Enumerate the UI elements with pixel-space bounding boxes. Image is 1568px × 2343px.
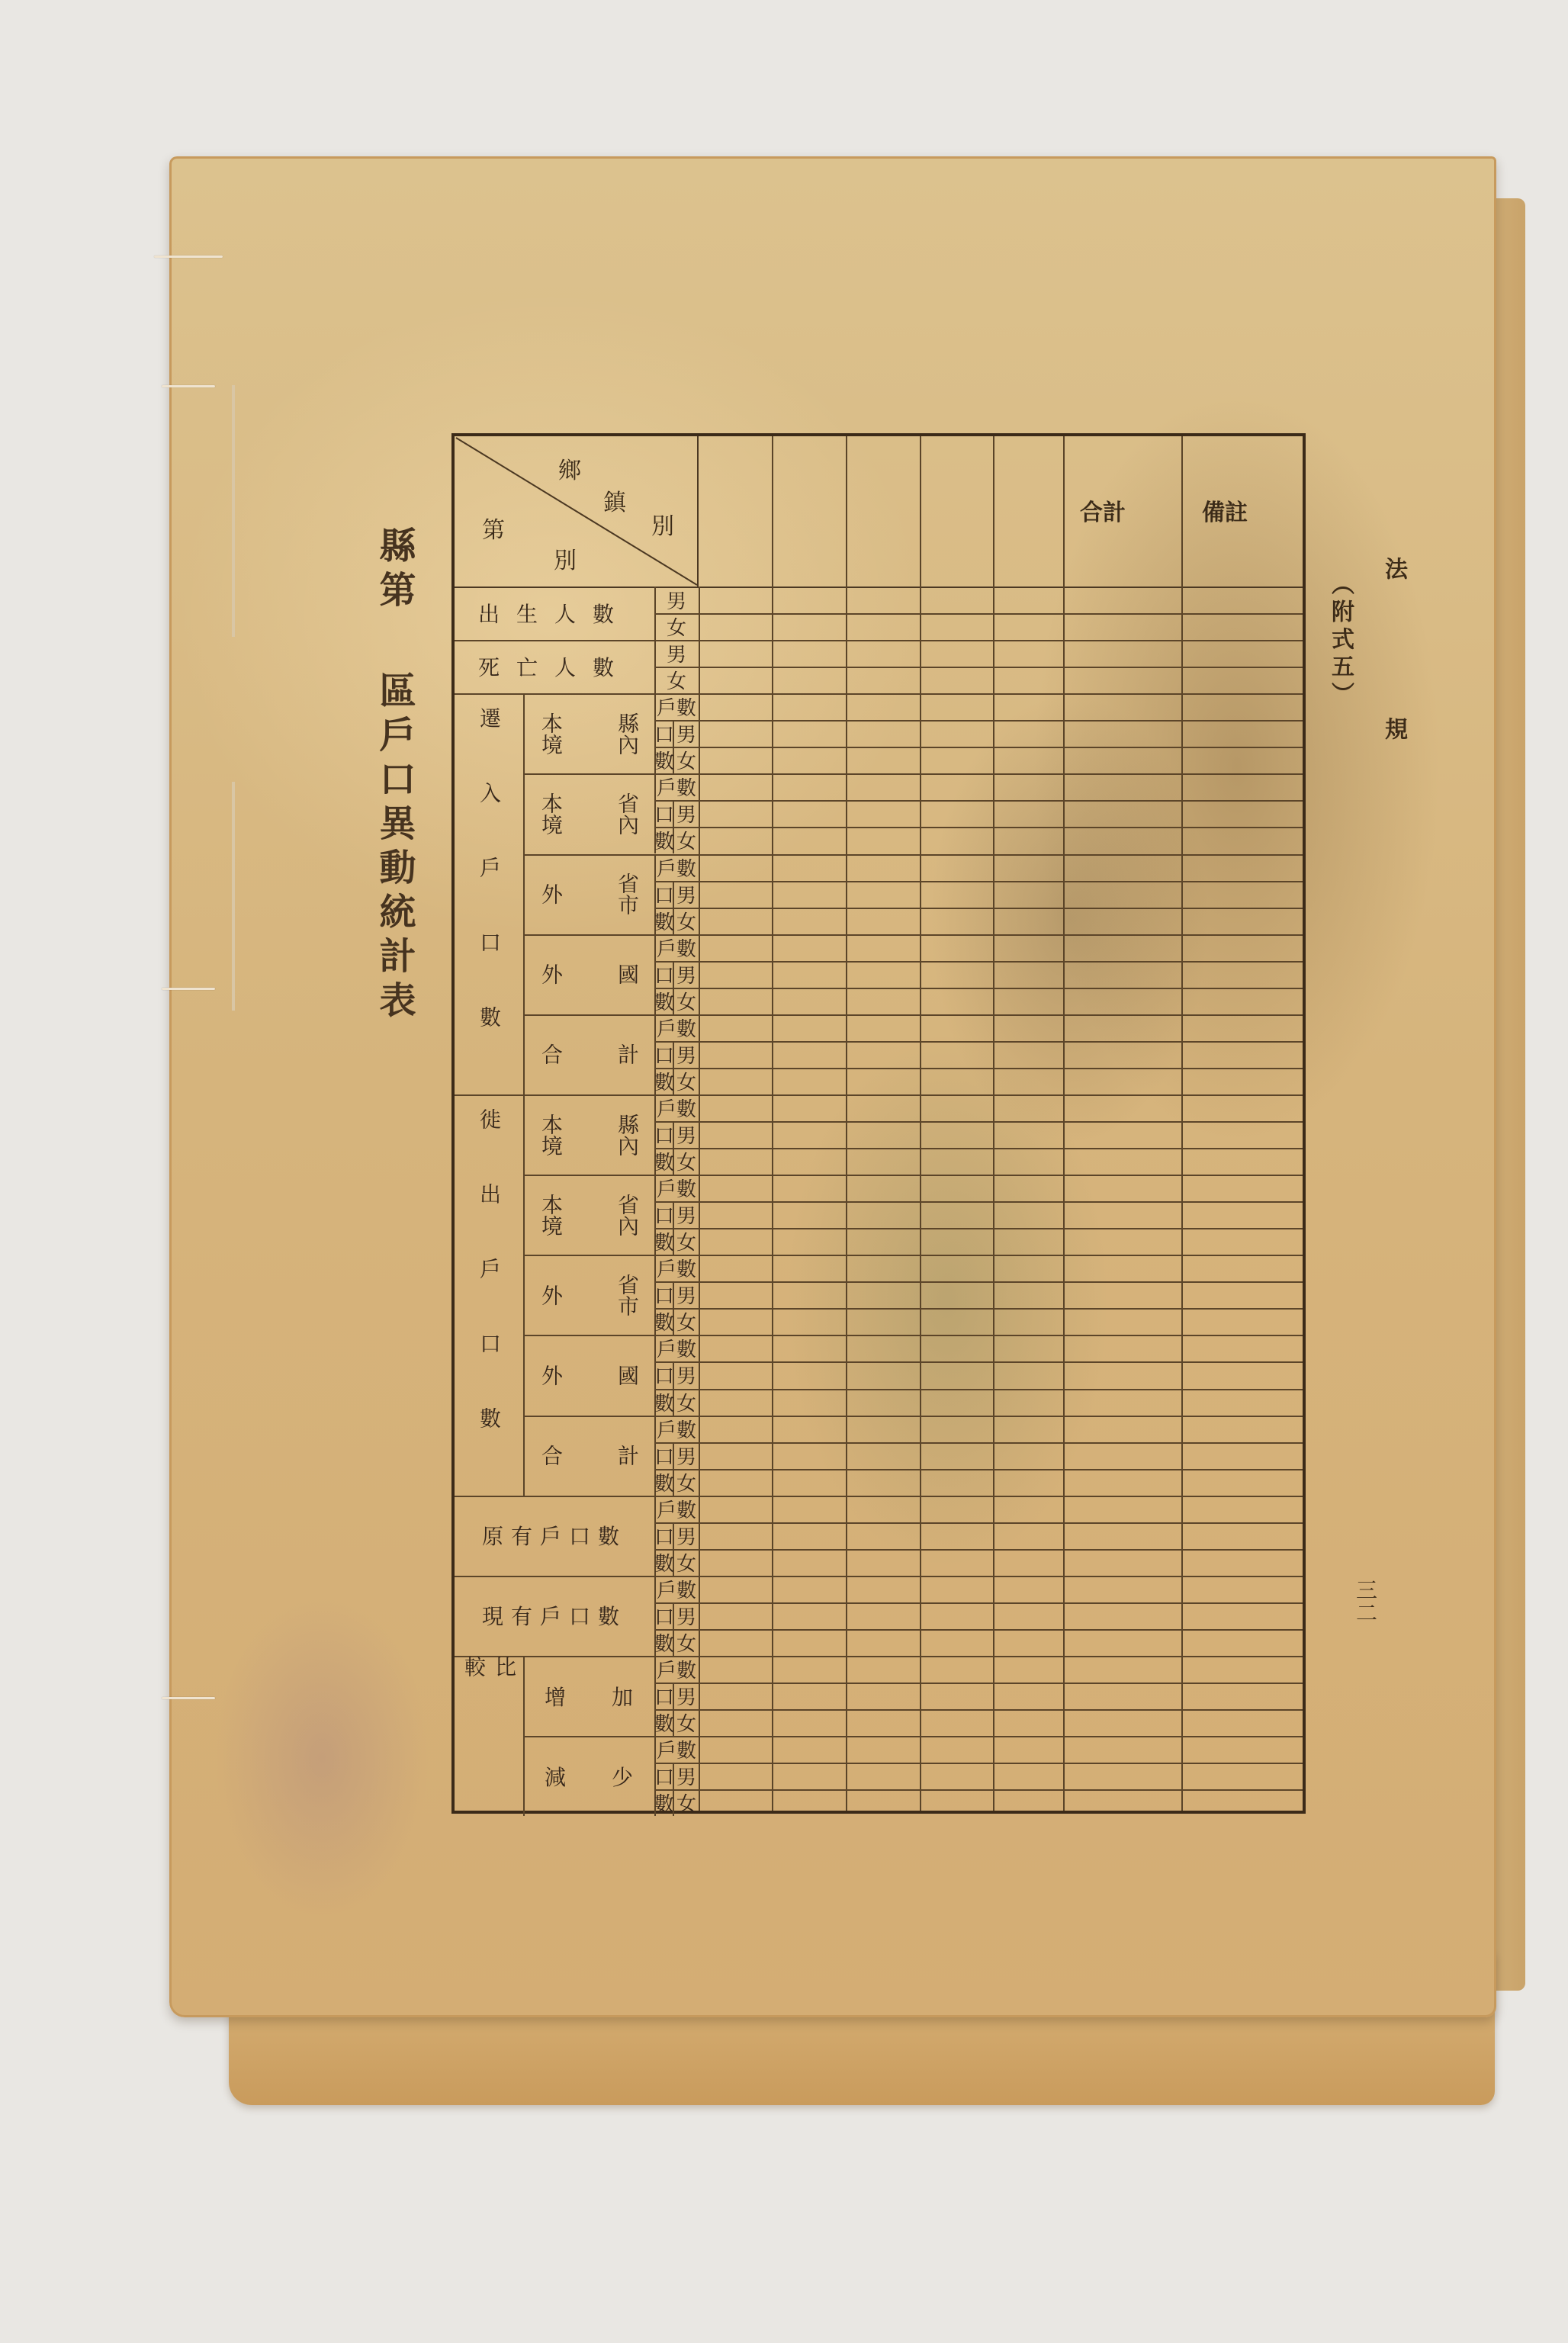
population-label: 數: [654, 1709, 674, 1736]
data-row-divider: [699, 934, 1303, 936]
population-label: 數: [654, 908, 674, 934]
group-label-b: 省市: [612, 1274, 642, 1316]
data-row-divider: [699, 1335, 1303, 1336]
male-label: 男: [674, 720, 699, 747]
data-row-divider: [699, 613, 1303, 615]
male-label: 男: [674, 1361, 699, 1388]
group-label-a: 外: [535, 963, 566, 985]
document-title: 區戶口異動統計表: [375, 671, 421, 1025]
title-prefix: 縣第: [375, 526, 421, 615]
data-row-divider: [699, 1416, 1303, 1417]
data-row-divider: [699, 1228, 1303, 1229]
population-label: 口: [654, 1281, 674, 1308]
households-label: 戶數: [654, 1335, 699, 1361]
female-label: 女: [674, 1389, 699, 1416]
households-label: 戶數: [654, 1576, 699, 1602]
households-label: 戶數: [654, 934, 699, 961]
group-label-a: 合: [535, 1043, 566, 1065]
households-label: 戶數: [654, 1014, 699, 1041]
table-body: 出生人數男女死亡人數男女遷入戶口數本境縣內戶數口數男女本境省內戶數口數男女外省市…: [455, 587, 1303, 1811]
population-label: 數: [654, 1308, 674, 1335]
population-label: 數: [654, 988, 674, 1014]
male-label: 男: [674, 1201, 699, 1228]
group-label-a: 本境: [535, 792, 566, 835]
group-label-a: 本境: [535, 712, 566, 755]
corner-label-di: 第: [482, 511, 505, 545]
binding-thread: [162, 988, 215, 990]
households-label: 戶數: [654, 773, 699, 800]
moved-out-group-label: 外國: [523, 1335, 654, 1415]
binding-thread: [154, 256, 223, 258]
population-label: 口: [654, 1041, 674, 1068]
group-label-b: 計: [612, 1043, 642, 1065]
data-row-divider: [699, 1175, 1303, 1176]
population-label: 口: [654, 961, 674, 988]
data-row-divider: [699, 1736, 1303, 1737]
population-label: 口: [654, 1442, 674, 1469]
moved-out-group-label: 外省市: [523, 1255, 654, 1335]
male-label: 男: [674, 881, 699, 908]
population-label: 數: [654, 1389, 674, 1416]
data-row-divider: [699, 1576, 1303, 1577]
data-row-divider: [699, 1496, 1303, 1497]
group-label-b: 少: [612, 1761, 633, 1792]
male-label: 男: [674, 1683, 699, 1709]
male-label: 男: [654, 587, 699, 613]
births-label: 出生人數: [455, 587, 654, 640]
household-change-statistics-table: 鄉 鎮 別 第 別 合計 備註 出生人數男女死亡人數男女遷入戶口數本境縣內戶數口…: [451, 433, 1306, 1814]
female-label: 女: [674, 1308, 699, 1335]
female-label: 女: [674, 1789, 699, 1816]
comparison-group-label: 減少: [523, 1736, 654, 1816]
female-label: 女: [674, 1068, 699, 1094]
data-row-divider: [699, 1629, 1303, 1631]
binding-thread: [162, 1697, 215, 1699]
moved-in-group-label: 外國: [523, 934, 654, 1014]
households-label: 戶數: [654, 1736, 699, 1763]
column-header-remarks: 備註: [1202, 493, 1248, 527]
data-row-divider: [699, 1281, 1303, 1283]
data-row-divider: [699, 827, 1303, 828]
data-row-divider: [699, 640, 1303, 641]
households-label: 戶數: [654, 1175, 699, 1201]
data-row-divider: [699, 773, 1303, 775]
group-label-a: 合: [535, 1445, 566, 1466]
moved-in-group-label: 本境省內: [523, 773, 654, 853]
data-row-divider: [699, 854, 1303, 856]
households-label: 戶數: [654, 1416, 699, 1442]
households-label: 戶數: [654, 1255, 699, 1281]
data-row-divider: [699, 1522, 1303, 1524]
data-row-divider: [699, 908, 1303, 909]
population-label: 數: [654, 1469, 674, 1496]
data-row-divider: [699, 1709, 1303, 1711]
data-row-divider: [699, 988, 1303, 989]
data-row-divider: [699, 1549, 1303, 1551]
population-label: 數: [654, 1629, 674, 1656]
population-label: 數: [654, 1228, 674, 1255]
data-row-divider: [699, 800, 1303, 802]
population-label: 口: [654, 1602, 674, 1629]
households-label: 戶數: [654, 1496, 699, 1522]
moved-in-label: 遷入戶口數: [455, 693, 523, 1094]
binding-thread: [162, 385, 215, 387]
group-label-a: 增: [545, 1681, 566, 1711]
female-label: 女: [654, 667, 699, 693]
male-label: 男: [674, 1121, 699, 1148]
group-label-b: 省內: [612, 792, 642, 835]
female-label: 女: [654, 613, 699, 640]
group-label-b: 省市: [612, 873, 642, 915]
data-row-divider: [699, 1763, 1303, 1764]
male-label: 男: [674, 1041, 699, 1068]
male-label: 男: [674, 1442, 699, 1469]
binding-fold: [232, 385, 235, 637]
population-label: 口: [654, 720, 674, 747]
comparison-group-label: 增加: [523, 1656, 654, 1736]
running-header: 法規: [1377, 557, 1410, 877]
data-row-divider: [699, 667, 1303, 668]
data-row-divider: [699, 720, 1303, 722]
female-label: 女: [674, 747, 699, 773]
data-row-divider: [699, 961, 1303, 963]
male-label: 男: [674, 961, 699, 988]
data-row-divider: [699, 1442, 1303, 1444]
households-label: 戶數: [654, 1094, 699, 1121]
data-row-divider: [699, 1148, 1303, 1149]
data-row-divider: [699, 1308, 1303, 1310]
households-label: 戶數: [654, 693, 699, 720]
male-label: 男: [674, 1763, 699, 1789]
data-row-divider: [699, 1068, 1303, 1069]
population-label: 數: [654, 1068, 674, 1094]
original-label: 原有戶口數: [455, 1496, 654, 1576]
male-label: 男: [674, 800, 699, 827]
population-label: 口: [654, 1121, 674, 1148]
group-label-b: 加: [612, 1681, 633, 1711]
corner-label-bie-bottom: 別: [554, 542, 577, 575]
households-label: 戶數: [654, 854, 699, 881]
group-label-a: 本境: [535, 1114, 566, 1156]
page-number: 三二: [1350, 1579, 1380, 1625]
data-row-divider: [699, 1041, 1303, 1043]
table-header: 鄉 鎮 別 第 別 合計 備註: [455, 436, 1303, 588]
data-row-divider: [699, 1094, 1303, 1096]
group-label-a: 減: [545, 1761, 566, 1792]
data-row-divider: [699, 693, 1303, 695]
population-label: 口: [654, 800, 674, 827]
group-label-b: 縣內: [612, 712, 642, 755]
data-row-divider: [699, 747, 1303, 748]
deaths-label: 死亡人數: [455, 640, 654, 693]
female-label: 女: [674, 988, 699, 1014]
female-label: 女: [674, 1148, 699, 1175]
corner-label-bie-top: 別: [651, 507, 674, 541]
group-label-a: 本境: [535, 1194, 566, 1236]
group-label-a: 外: [535, 883, 566, 905]
population-label: 數: [654, 1148, 674, 1175]
male-label: 男: [654, 640, 699, 667]
data-row-divider: [699, 1255, 1303, 1256]
population-label: 數: [654, 1789, 674, 1816]
comparison-label: 比較: [455, 1656, 523, 1816]
households-label: 戶數: [654, 1656, 699, 1683]
female-label: 女: [674, 1549, 699, 1576]
data-row-divider: [699, 1361, 1303, 1363]
binding-fold: [232, 782, 235, 1011]
moved-in-group-label: 外省市: [523, 854, 654, 934]
group-label-a: 外: [535, 1364, 566, 1386]
corner-diagonal-cell: 鄉 鎮 別 第 別: [455, 436, 699, 587]
data-row-divider: [699, 1389, 1303, 1390]
male-label: 男: [674, 1522, 699, 1549]
population-label: 口: [654, 881, 674, 908]
form-number: （附式五）: [1323, 572, 1357, 709]
moved-in-group-label: 合計: [523, 1014, 654, 1094]
data-row-divider: [699, 1469, 1303, 1470]
data-row-divider: [699, 1121, 1303, 1123]
moved-in-group-label: 本境縣內: [523, 693, 654, 773]
group-label-b: 省內: [612, 1194, 642, 1236]
group-label-b: 國: [612, 1364, 642, 1386]
group-label-b: 計: [612, 1445, 642, 1466]
population-label: 口: [654, 1522, 674, 1549]
data-row-divider: [699, 881, 1303, 882]
group-label-b: 縣內: [612, 1114, 642, 1156]
moved-out-group-label: 合計: [523, 1416, 654, 1496]
data-row-divider: [699, 1683, 1303, 1684]
female-label: 女: [674, 908, 699, 934]
population-label: 口: [654, 1201, 674, 1228]
population-label: 數: [654, 827, 674, 853]
group-label-a: 外: [535, 1284, 566, 1306]
data-row-divider: [699, 1602, 1303, 1604]
column-header-total: 合計: [1080, 493, 1126, 527]
data-row-divider: [699, 1201, 1303, 1203]
corner-label-zhen: 鎮: [603, 484, 626, 517]
population-label: 數: [654, 1549, 674, 1576]
corner-label-xiang: 鄉: [558, 452, 581, 485]
population-label: 口: [654, 1683, 674, 1709]
male-label: 男: [674, 1281, 699, 1308]
moved-out-group-label: 本境縣內: [523, 1094, 654, 1175]
population-label: 口: [654, 1763, 674, 1789]
population-label: 數: [654, 747, 674, 773]
group-label-b: 國: [612, 963, 642, 985]
female-label: 女: [674, 1629, 699, 1656]
female-label: 女: [674, 1709, 699, 1736]
moved-out-group-label: 本境省內: [523, 1175, 654, 1255]
population-label: 口: [654, 1361, 674, 1388]
male-label: 男: [674, 1602, 699, 1629]
data-row-divider: [699, 1014, 1303, 1016]
data-row-divider: [699, 1656, 1303, 1657]
moved-out-label: 徙出戶口數: [455, 1094, 523, 1496]
female-label: 女: [674, 1228, 699, 1255]
current-label: 現有戶口數: [455, 1576, 654, 1656]
female-label: 女: [674, 827, 699, 853]
female-label: 女: [674, 1469, 699, 1496]
data-row-divider: [699, 1789, 1303, 1791]
